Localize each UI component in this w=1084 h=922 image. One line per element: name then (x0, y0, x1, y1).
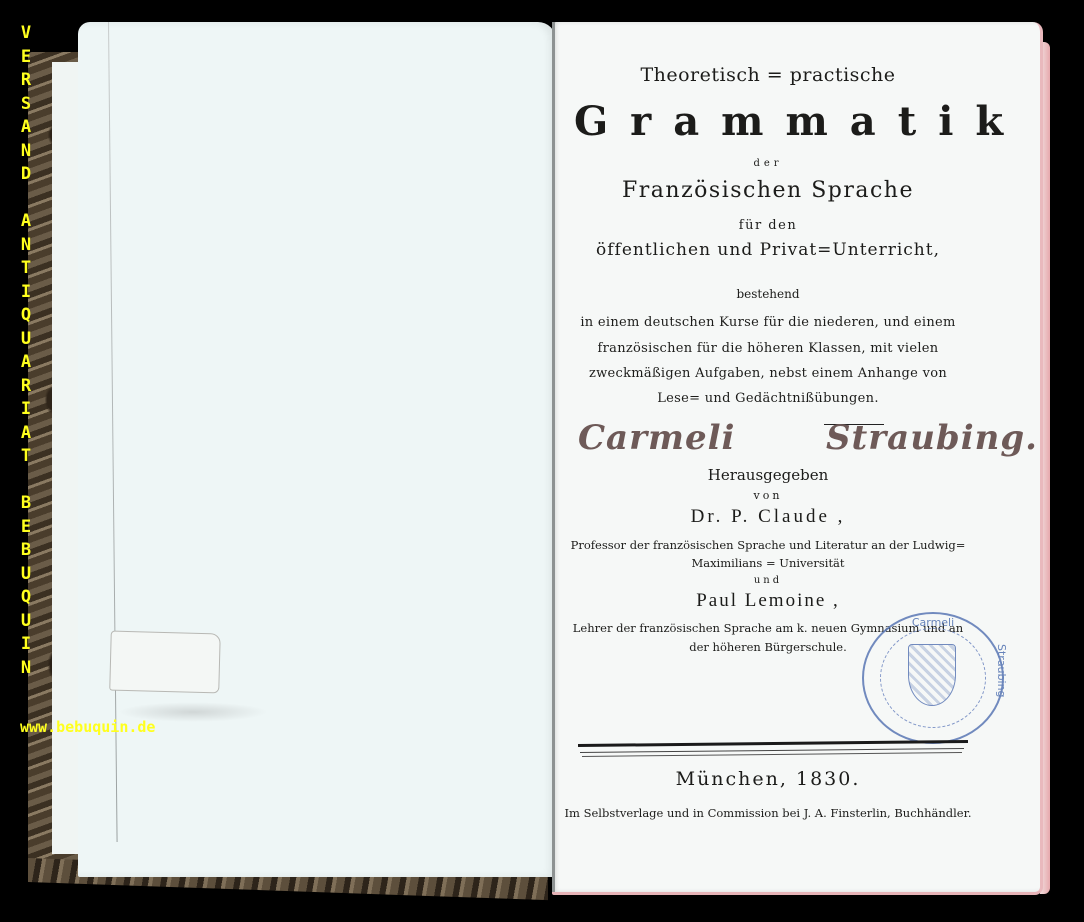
author2-name: Paul Lemoine , (552, 590, 984, 612)
author1-name: Dr. P. Claude , (552, 506, 984, 528)
author1-prefix: Dr (691, 506, 716, 527)
title-franzoesischen-sprache: Französischen Sprache (552, 178, 984, 203)
watermark-url: www.bebuquin.de (20, 718, 155, 736)
author1-name-text: P. Claude , (731, 506, 845, 527)
library-stamp: Carmeli Straubing (862, 612, 1004, 744)
herausgegeben-label: Herausgegeben (552, 466, 984, 484)
book-gutter (552, 22, 555, 892)
watermark-vertical-text: V E R S A N D A N T I Q U A R I A T B E … (16, 22, 36, 680)
title-unterricht: öffentlichen und Privat=Unterricht, (552, 240, 984, 260)
von-label: von (552, 489, 984, 502)
left-flyleaf-page (78, 22, 556, 877)
description-line: in einem deutschen Kurse für die niedere… (552, 315, 984, 330)
stamp-text-top: Carmeli (864, 616, 1002, 629)
main-title-grammatik: Grammatik (552, 98, 984, 145)
paper-label-remnant (109, 631, 221, 694)
title-der: der (552, 158, 984, 169)
coat-of-arms-icon (908, 644, 956, 706)
handwritten-inscription-carmeli: Carmeli (578, 418, 735, 458)
author1-title-line: Maximilians = Universität (552, 556, 984, 570)
und-label: und (552, 575, 984, 586)
handwritten-inscription-straubing: Straubing. (826, 418, 1038, 458)
title-fuer-den: für den (552, 218, 984, 233)
title-page (552, 22, 1043, 895)
description-line: zweckmäßigen Aufgaben, nebst einem Anhan… (552, 366, 984, 381)
description-line: französischen für die höheren Klassen, m… (552, 341, 984, 356)
description-line: Lese= und Gedächtnißübungen. (552, 391, 984, 406)
title-bestehend: bestehend (552, 287, 984, 301)
author1-title-line: Professor der französischen Sprache und … (552, 538, 984, 552)
imprint-line: Im Selbstverlage und in Commission bei J… (552, 806, 984, 820)
place-and-date: München, 1830. (552, 768, 984, 790)
subtitle-theoretisch: Theoretisch = practische (552, 64, 984, 86)
stamp-text-right: Straubing (995, 644, 1008, 698)
